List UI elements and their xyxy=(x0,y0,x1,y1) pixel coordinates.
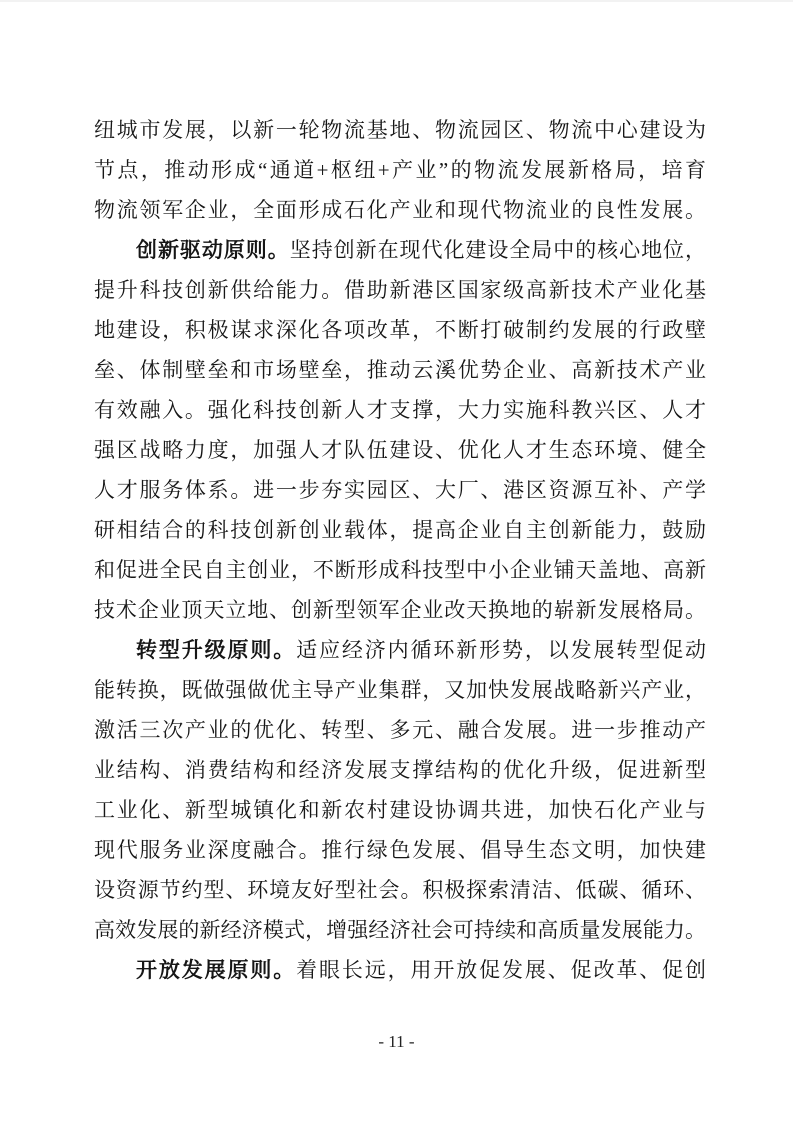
section-heading-transformation: 转型升级原则。 xyxy=(136,638,296,662)
text-line: 能转换，既做强做优主导产业集群，又加快发展战略新兴产业， xyxy=(94,670,706,710)
line-text: 有效融入。强化科技创新人才支撑，大力实施科教兴区、人才 xyxy=(94,398,706,422)
line-text: 和促进全民自主创业，不断形成科技型中小企业铺天盖地、高新 xyxy=(94,558,706,582)
body-text-block: 纽城市发展，以新一轮物流基地、物流园区、物流中心建设为 节点，推动形成“通道+枢… xyxy=(94,110,706,990)
line-text: 现代服务业深度融合。推行绿色发展、倡导生态文明，加快建 xyxy=(94,838,706,862)
text-line: 业结构、消费结构和经济发展支撑结构的优化升级，促进新型 xyxy=(94,750,706,790)
text-line-section-start: 转型升级原则。适应经济内循环新形势，以发展转型促动 xyxy=(94,630,706,670)
text-line: 节点，推动形成“通道+枢纽+产业”的物流发展新格局，培育 xyxy=(94,150,706,190)
line-text: 强区战略力度，加强人才队伍建设、优化人才生态环境、健全 xyxy=(94,438,706,462)
text-line: 纽城市发展，以新一轮物流基地、物流园区、物流中心建设为 xyxy=(94,110,706,150)
line-text: 垒、体制壁垒和市场壁垒，推动云溪优势企业、高新技术产业 xyxy=(94,358,706,382)
line-text: 节点，推动形成“通道+枢纽+产业”的物流发展新格局，培育 xyxy=(94,158,706,182)
line-text: 地建设，积极谋求深化各项改革，不断打破制约发展的行政壁 xyxy=(94,318,706,342)
line-text: 激活三次产业的优化、转型、多元、融合发展。进一步推动产 xyxy=(94,718,706,742)
line-text: 适应经济内循环新形势，以发展转型促动 xyxy=(296,638,706,662)
text-line: 高效发展的新经济模式，增强经济社会可持续和高质量发展能力。 xyxy=(94,910,706,950)
line-text: 高效发展的新经济模式，增强经济社会可持续和高质量发展能力。 xyxy=(94,918,706,942)
text-line: 研相结合的科技创新创业载体，提高企业自主创新能力，鼓励 xyxy=(94,510,706,550)
line-text: 坚持创新在现代化建设全局中的核心地位， xyxy=(290,238,706,262)
section-heading-opening: 开放发展原则。 xyxy=(136,958,296,982)
page-number: - 11 - xyxy=(0,1032,793,1052)
text-line: 工业化、新型城镇化和新农村建设协调共进，加快石化产业与 xyxy=(94,790,706,830)
text-line: 强区战略力度，加强人才队伍建设、优化人才生态环境、健全 xyxy=(94,430,706,470)
line-text: 人才服务体系。进一步夯实园区、大厂、港区资源互补、产学 xyxy=(94,478,706,502)
text-line: 提升科技创新供给能力。借助新港区国家级高新技术产业化基 xyxy=(94,270,706,310)
line-text: 工业化、新型城镇化和新农村建设协调共进，加快石化产业与 xyxy=(94,798,706,822)
text-line: 技术企业顶天立地、创新型领军企业改天换地的崭新发展格局。 xyxy=(94,590,706,630)
text-line: 地建设，积极谋求深化各项改革，不断打破制约发展的行政壁 xyxy=(94,310,706,350)
document-page: 纽城市发展，以新一轮物流基地、物流园区、物流中心建设为 节点，推动形成“通道+枢… xyxy=(0,0,793,1122)
text-line-section-start: 创新驱动原则。坚持创新在现代化建设全局中的核心地位， xyxy=(94,230,706,270)
line-text: 技术企业顶天立地、创新型领军企业改天换地的崭新发展格局。 xyxy=(94,598,706,622)
text-line: 人才服务体系。进一步夯实园区、大厂、港区资源互补、产学 xyxy=(94,470,706,510)
line-text: 纽城市发展，以新一轮物流基地、物流园区、物流中心建设为 xyxy=(94,118,706,142)
line-text: 研相结合的科技创新创业载体，提高企业自主创新能力，鼓励 xyxy=(94,518,706,542)
scan-edge-artifact xyxy=(0,0,793,2)
section-heading-innovation: 创新驱动原则。 xyxy=(136,238,290,262)
text-line: 垒、体制壁垒和市场壁垒，推动云溪优势企业、高新技术产业 xyxy=(94,350,706,390)
line-text: 业结构、消费结构和经济发展支撑结构的优化升级，促进新型 xyxy=(94,758,706,782)
line-text: 能转换，既做强做优主导产业集群，又加快发展战略新兴产业， xyxy=(94,678,706,702)
line-text: 物流领军企业，全面形成石化产业和现代物流业的良性发展。 xyxy=(94,198,706,222)
line-text: 提升科技创新供给能力。借助新港区国家级高新技术产业化基 xyxy=(94,278,706,302)
text-line: 设资源节约型、环境友好型社会。积极探索清洁、低碳、循环、 xyxy=(94,870,706,910)
line-text: 设资源节约型、环境友好型社会。积极探索清洁、低碳、循环、 xyxy=(94,878,706,902)
text-line: 和促进全民自主创业，不断形成科技型中小企业铺天盖地、高新 xyxy=(94,550,706,590)
text-line: 物流领军企业，全面形成石化产业和现代物流业的良性发展。 xyxy=(94,190,706,230)
text-line: 现代服务业深度融合。推行绿色发展、倡导生态文明，加快建 xyxy=(94,830,706,870)
text-line: 有效融入。强化科技创新人才支撑，大力实施科教兴区、人才 xyxy=(94,390,706,430)
text-line-section-start: 开放发展原则。着眼长远，用开放促发展、促改革、促创 xyxy=(94,950,706,990)
text-line: 激活三次产业的优化、转型、多元、融合发展。进一步推动产 xyxy=(94,710,706,750)
line-text: 着眼长远，用开放促发展、促改革、促创 xyxy=(296,958,706,982)
